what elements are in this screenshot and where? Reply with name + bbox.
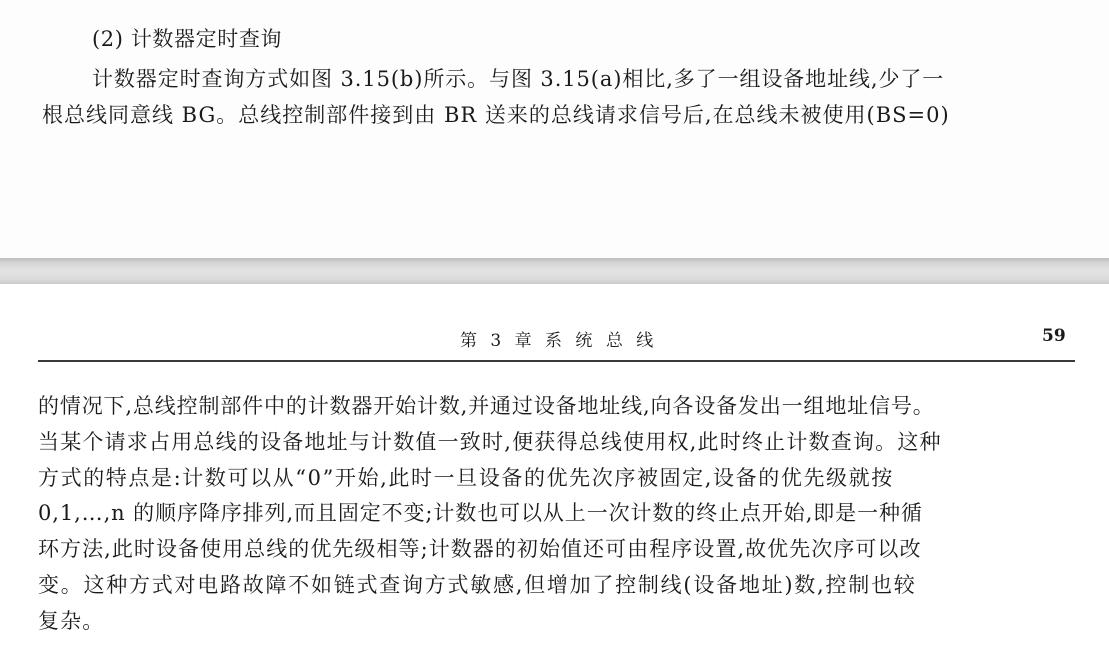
paragraph-line: 环方法,此时设备使用总线的优先级相等;计数器的初始值还可由程序设置,故优先次序可… — [38, 534, 922, 564]
header-rule — [38, 360, 1075, 362]
paragraph-line: 变。这种方式对电路故障不如链式查询方式敏感,但增加了控制线(设备地址)数,控制也… — [38, 570, 916, 600]
section-heading: (2) 计数器定时查询 — [92, 24, 282, 54]
paragraph-line: 根总线同意线 BG。总线控制部件接到由 BR 送来的总线请求信号后,在总线未被使… — [42, 100, 950, 130]
paragraph-line: 复杂。 — [38, 606, 104, 636]
paragraph-line: 计数器定时查询方式如图 3.15(b)所示。与图 3.15(a)相比,多了一组设… — [92, 64, 944, 94]
paragraph-line: 方式的特点是:计数可以从“0”开始,此时一旦设备的优先次序被固定,设备的优先级就… — [38, 463, 894, 493]
page-number: 59 — [1042, 326, 1066, 346]
bottom-page: 第 3 章 系 统 总 线 59 的情况下,总线控制部件中的计数器开始计数,并通… — [0, 284, 1109, 658]
top-page-fragment: (2) 计数器定时查询 计数器定时查询方式如图 3.15(b)所示。与图 3.1… — [0, 0, 1109, 258]
paragraph-line: 0,1,…,n 的顺序降序排列,而且固定不变;计数也可以从上一次计数的终止点开始… — [38, 498, 923, 528]
paragraph-line: 当某个请求占用总线的设备地址与计数值一致时,便获得总线使用权,此时终止计数查询。… — [38, 427, 942, 457]
running-header: 第 3 章 系 统 总 线 — [460, 326, 657, 351]
paragraph-line: 的情况下,总线控制部件中的计数器开始计数,并通过设备地址线,向各设备发出一组地址… — [38, 391, 935, 421]
page-separator — [0, 258, 1109, 284]
